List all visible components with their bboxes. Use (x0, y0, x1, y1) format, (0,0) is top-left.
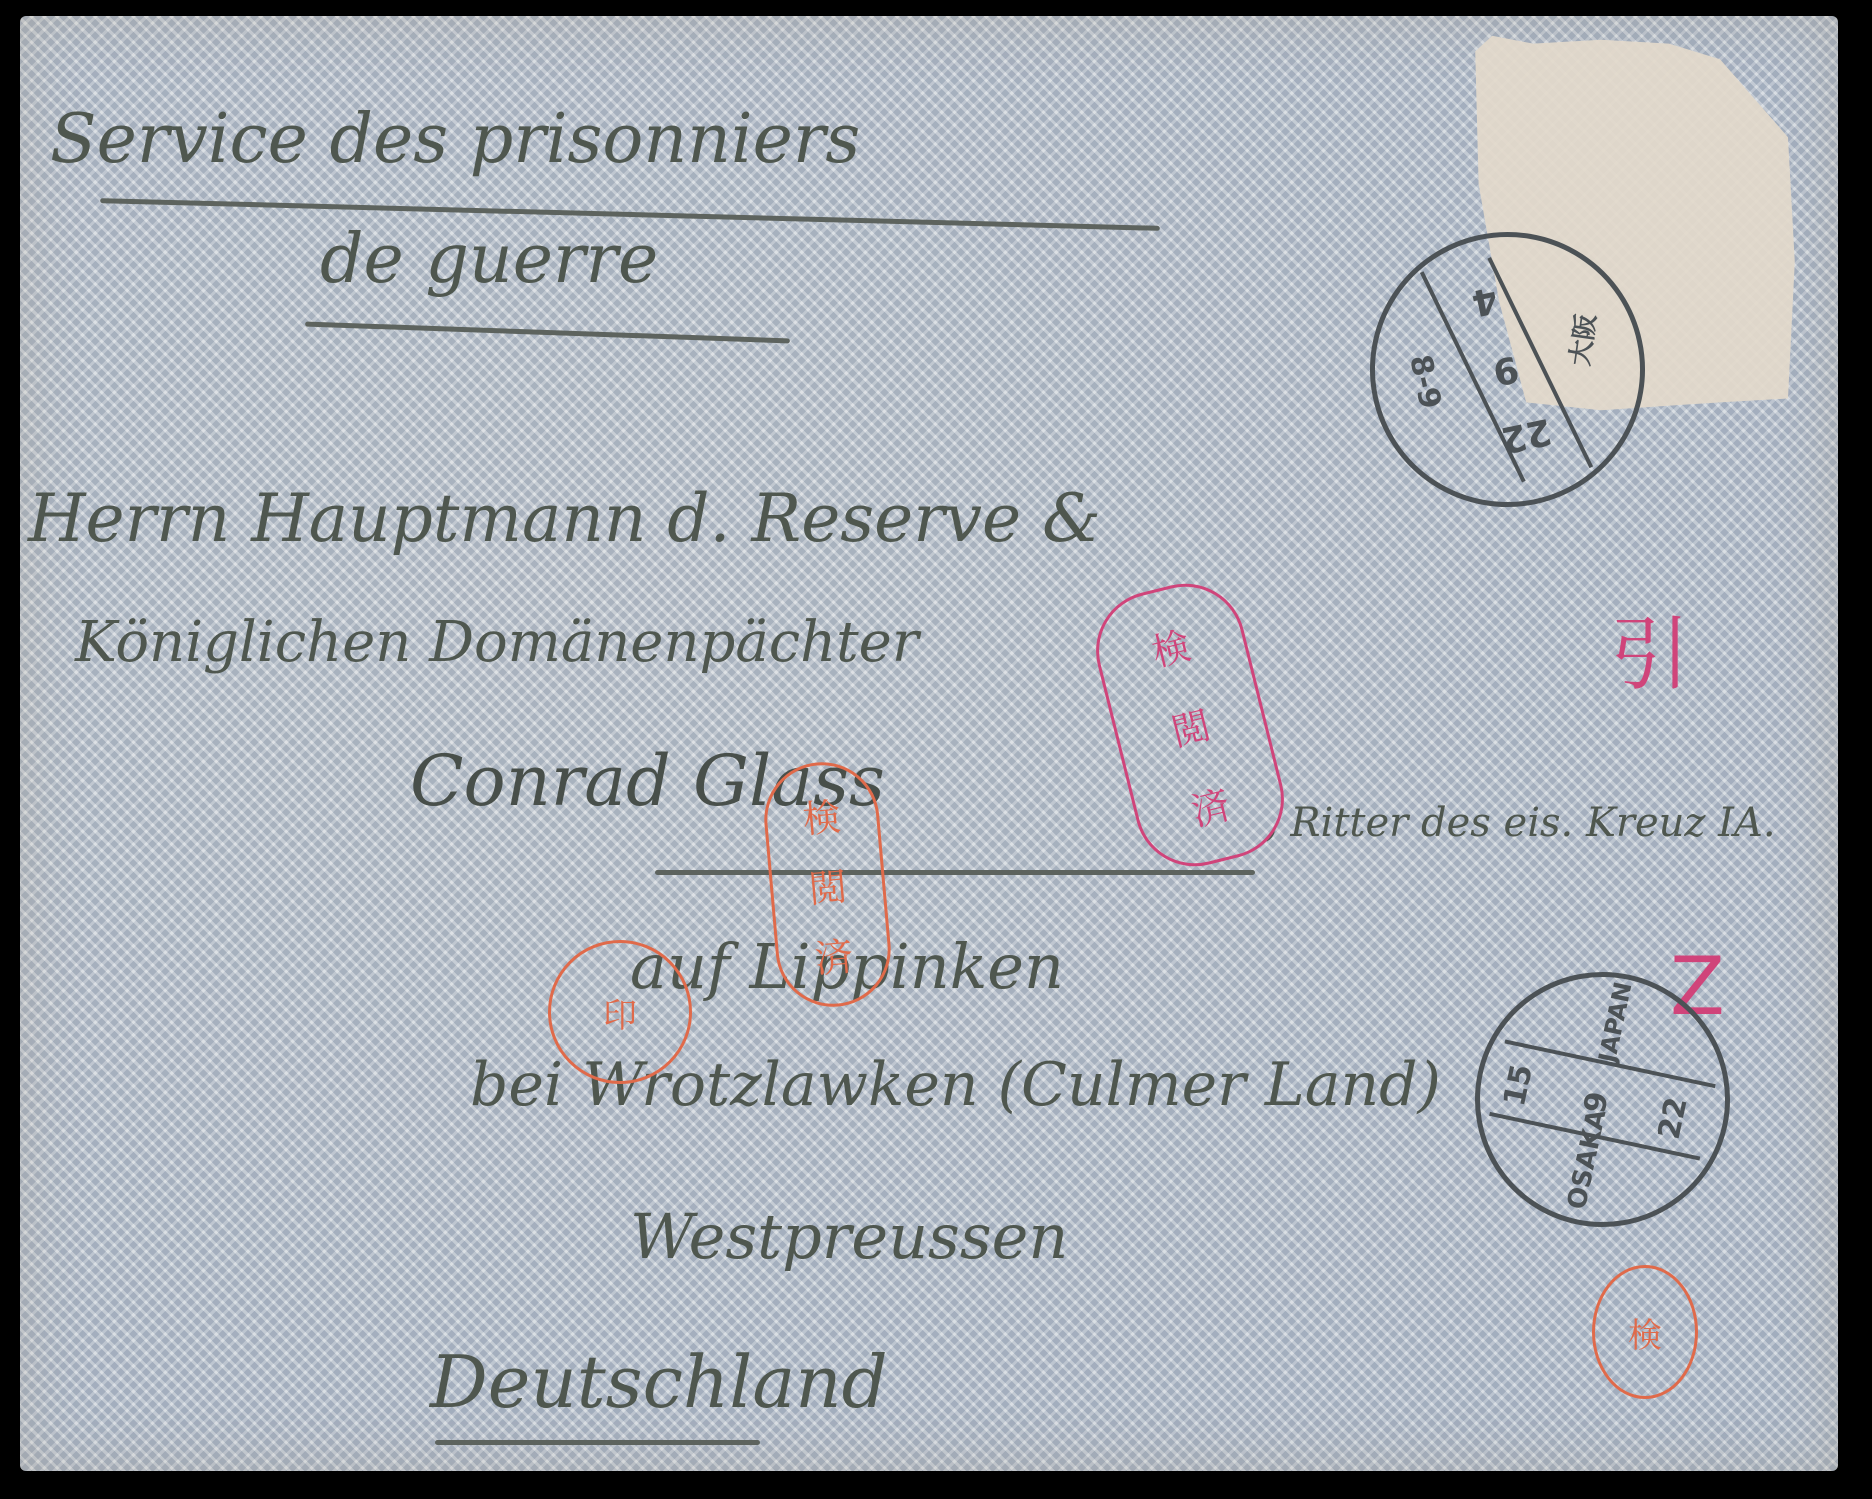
address-line-3b: , Ritter des eis. Kreuz IA. (1265, 800, 1776, 846)
postmark-bottom-d3: 22 (1652, 1094, 1695, 1142)
name-underline (655, 870, 1255, 875)
postmark-top-d1: 4 (1468, 278, 1501, 323)
address-line-6: Westpreussen (630, 1200, 1068, 1273)
header-line-2: de guerre (320, 220, 658, 299)
postmark-bottom-right: JAPAN (1593, 979, 1637, 1065)
postmark-top-left: 8-9 (1402, 352, 1448, 412)
pink-annotation: 引 (1610, 590, 1690, 705)
postmark-top-right: 大阪 (1559, 311, 1603, 368)
address-line-7: Deutschland (430, 1340, 888, 1424)
postmark-top-d3: 22 (1497, 410, 1555, 461)
postmark-bottom-left: OSAKA (1562, 1107, 1612, 1212)
address-line-1: Herrn Hauptmann d. Reserve & (28, 480, 1101, 557)
censor-round-left: 印 (548, 940, 692, 1084)
address-line-2: Königlichen Domänenpächter (75, 610, 919, 675)
postmark-top-d2: 9 (1489, 347, 1522, 392)
postmark-bottom-d1: 15 (1497, 1061, 1540, 1109)
header-line-1: Service des prisonniers (50, 100, 860, 179)
censor-round-bottom: 検 (1592, 1265, 1698, 1399)
country-underline (435, 1440, 760, 1445)
